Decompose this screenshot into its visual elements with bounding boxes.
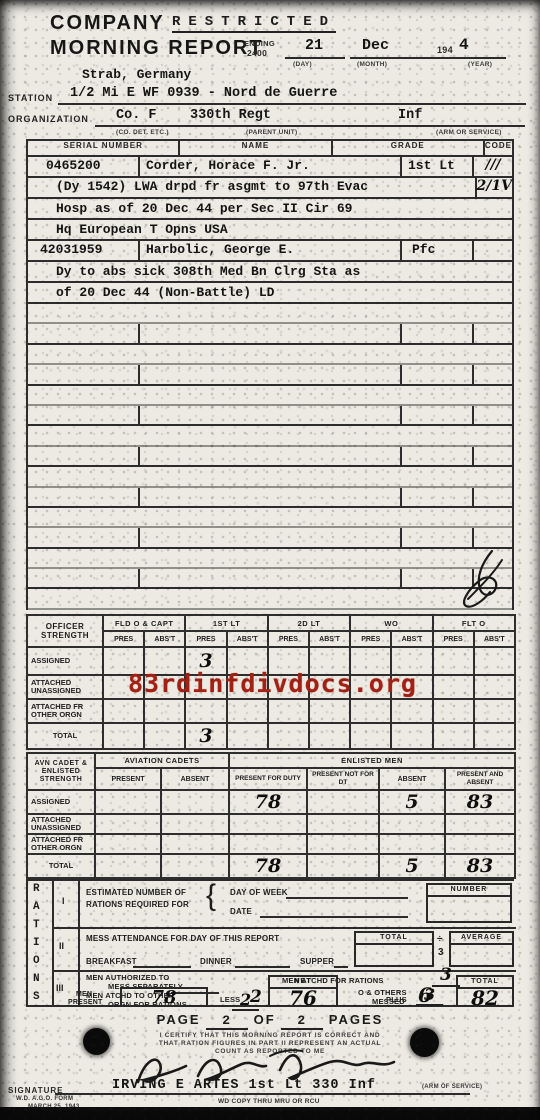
abst-header: ABS'T [391, 631, 432, 647]
restricted-stamp: RESTRICTED [172, 14, 336, 33]
enlisted-corner: AVN CADET & ENLISTED STRENGTH [27, 753, 95, 790]
station-value: 1/2 Mi E WF 0939 - Nord de Guerre [70, 86, 337, 101]
rations-rail-letter: T [33, 919, 40, 931]
pres-header: PRES [350, 631, 391, 647]
remark-line: Hosp as of 20 Dec 44 per Sec II Cir 69 [28, 200, 512, 218]
org-parent-caption: (PARENT UNIT) [246, 129, 297, 136]
scan-bottom-edge [0, 1107, 540, 1120]
roster-empty-row [28, 324, 512, 344]
roster-empty-row [28, 386, 512, 406]
rations-rail-letter: S [33, 991, 40, 1003]
cadet-present-header: PRESENT [95, 768, 161, 790]
code-handwritten: 2/1V [477, 178, 512, 197]
men-present-label-1: MEN [76, 991, 92, 998]
roster-row: 0465200 Corder, Horace F. Jr. 1st Lt /// [28, 157, 512, 178]
rule [55, 1093, 470, 1095]
form-number: W.D. A.G.O. FORM [16, 1096, 73, 1102]
pages-label: PAGES [329, 1012, 384, 1027]
rations-total-box: TOTAL 82 [456, 975, 514, 1007]
roster-row: (Dy 1542) LWA drpd fr asgmt to 97th Evac… [28, 178, 512, 199]
brace: { [206, 879, 216, 913]
col-name: NAME [180, 141, 332, 155]
pages-number: 2 [281, 1013, 323, 1030]
roster-empty-row [28, 345, 512, 365]
group-flt-o: FLT O [433, 615, 515, 631]
org-arm: Inf [398, 108, 422, 123]
enlisted-total-for-duty: 78 [229, 854, 307, 878]
site-watermark: 83rdinfdivdocs.org [128, 669, 417, 698]
enlisted-assigned-for-duty: 78 [229, 790, 307, 814]
less-label: LESS [220, 995, 240, 1004]
rations-rail-letter: A [33, 901, 40, 913]
men-present-value: 78 [122, 989, 206, 1007]
roster-empty-row [28, 589, 512, 609]
rule [52, 881, 54, 1005]
roster-empty-row [28, 304, 512, 324]
col-grade: GRADE [333, 141, 485, 155]
rule [452, 57, 506, 59]
certify-line-1: I CERTIFY THAT THIS MORNING REPORT IS CO… [0, 1032, 540, 1039]
enlisted-total-pres-abs: 83 [445, 854, 515, 878]
arm-of-service-caption: (ARM OF SERVICE) [422, 1084, 482, 1090]
dinner-label: DINNER [200, 957, 232, 966]
mess-total-box: TOTAL [354, 931, 434, 967]
blank-line [133, 957, 191, 968]
enlisted-assigned-pres-abs: 83 [445, 790, 515, 814]
ending-time: 2400 [247, 48, 267, 58]
abst-header: ABS'T [144, 631, 185, 647]
blank-line [235, 957, 290, 968]
abst-header: ABS'T [474, 631, 515, 647]
col-serial-number: SERIAL NUMBER [28, 141, 180, 155]
serial-number: 42031959 [28, 241, 140, 260]
remark-line: of 20 Dec 44 (Non-Battle) LD [28, 284, 512, 302]
station-label: STATION [8, 93, 53, 103]
absent-header: ABSENT [379, 768, 445, 790]
organization-label: ORGANIZATION [8, 114, 89, 124]
roster-row: of 20 Dec 44 (Non-Battle) LD [28, 283, 512, 304]
wd-copy-note: WD COPY THRU MRU OR RCU [218, 1098, 320, 1105]
row-assigned: ASSIGNED [27, 790, 95, 814]
enlisted-men-header: ENLISTED MEN [229, 753, 515, 768]
group-wo: WO [350, 615, 432, 631]
ending-label: ENDING [244, 39, 275, 48]
divide-sign: ÷ [437, 934, 443, 945]
group-fld-o-capt: FLD O & CAPT [103, 615, 185, 631]
day-caption: (DAY) [293, 61, 312, 68]
number-label: NUMBER [428, 885, 510, 897]
code-handwritten: /// [474, 157, 512, 176]
present-and-absent-header: PRESENT AND ABSENT [445, 768, 515, 790]
year-prefix: 194 [437, 45, 453, 55]
present-for-duty-header: PRESENT FOR DUTY [229, 768, 307, 790]
roster-row: 42031959 Harbolic, George E. Pfc [28, 241, 512, 262]
row-attached-unassigned: ATTACHED UNASSIGNED [27, 814, 95, 834]
group-2d-lt: 2D LT [268, 615, 350, 631]
day-of-week-label: DAY OF WEEK [230, 888, 288, 897]
supper-label: SUPPER [300, 957, 334, 966]
enlisted-strength-table: AVN CADET & ENLISTED STRENGTH AVIATION C… [26, 752, 516, 879]
enlisted-assigned-absent: 5 [379, 790, 445, 814]
rations-rail-letter: O [33, 955, 40, 967]
men-authorized-label: MEN AUTHORIZED TO [86, 973, 169, 982]
rations-rail-letter: N [33, 973, 40, 985]
roster-empty-row [28, 406, 512, 426]
pres-header: PRES [433, 631, 474, 647]
estimated-label-1: ESTIMATED NUMBER OF [86, 888, 186, 897]
signature-handwriting [120, 1042, 430, 1092]
org-parent-unit: 330th Regt [190, 108, 271, 123]
remark-line: Dy to abs sick 308th Med Bn Clrg Sta as [28, 263, 512, 281]
number-box: NUMBER [426, 883, 512, 923]
morning-report-document: COMPANY RESTRICTED MORNING REPORT ENDING… [0, 0, 540, 1120]
total-label: TOTAL [356, 933, 432, 945]
row-attached-fr-other: ATTACHED FR OTHER ORGN [27, 834, 95, 854]
breakfast-label: BREAKFAST [86, 957, 137, 966]
average-box: AVERAGE [449, 931, 514, 967]
roster-row: Hosp as of 20 Dec 44 per Sec II Cir 69 [28, 199, 512, 220]
roster-empty-row [28, 467, 512, 487]
roster-empty-row [28, 365, 512, 385]
present-not-for-duty-header: PRESENT NOT FOR DT [307, 768, 379, 790]
group-1st-lt: 1ST LT [185, 615, 267, 631]
roster-table: SERIAL NUMBER NAME GRADE CODE 0465200 Co… [26, 139, 514, 610]
net-value: 76 [270, 989, 336, 1007]
rations-rail-letter: R [33, 883, 40, 895]
row-attached-fr-other: ATTACHED FR OTHER ORGN [27, 699, 103, 723]
row-total: TOTAL [27, 723, 103, 749]
plus-label: PLUS [386, 995, 407, 1004]
rule [260, 916, 408, 918]
report-day: 21 [305, 37, 323, 54]
soldier-name: Harbolic, George E. [140, 241, 402, 260]
estimated-label-2: RATIONS REQUIRED FOR [86, 900, 189, 909]
rule [58, 103, 526, 105]
company-title: COMPANY [50, 12, 165, 35]
grade: Pfc [402, 241, 474, 260]
divisor: 3 [438, 947, 444, 958]
section-ii: II [59, 941, 64, 951]
rations-total-value: 82 [458, 989, 512, 1007]
roster-empty-row [28, 549, 512, 569]
row-assigned: ASSIGNED [27, 647, 103, 675]
section-iii: III [56, 983, 64, 993]
year-digit: 4 [459, 36, 469, 54]
rule [285, 57, 345, 59]
org-unit-caption: (CO. DET. ETC.) [116, 129, 169, 136]
rule [95, 125, 525, 127]
officers-total-1stlt-present: 3 [185, 723, 226, 749]
men-present-label-2: PRESENT [68, 999, 102, 1006]
roster-row: Dy to abs sick 308th Med Bn Clrg Sta as [28, 262, 512, 283]
handwritten-mark [448, 545, 520, 613]
rations-rail-letter: I [33, 937, 40, 949]
remark-line: (Dy 1542) LWA drpd fr asgmt to 97th Evac [28, 178, 475, 196]
men-present-box: 78 [120, 987, 208, 1007]
aviation-cadets-header: AVIATION CADETS [95, 753, 229, 768]
average-label: AVERAGE [451, 933, 512, 945]
serial-number: 0465200 [28, 157, 140, 176]
roster-empty-row [28, 488, 512, 508]
punch-hole [83, 1028, 110, 1055]
roster-row: Hq European T Opns USA [28, 220, 512, 241]
page-number: 2 [206, 1013, 248, 1030]
row-attached-unassigned: ATTACHED UNASSIGNED [27, 675, 103, 699]
roster-empty-row [28, 508, 512, 528]
roster-header-row: SERIAL NUMBER NAME GRADE CODE [28, 141, 512, 157]
org-unit: Co. F [116, 108, 157, 123]
rule [52, 927, 516, 929]
org-arm-caption: (ARM OR SERVICE) [436, 129, 502, 136]
abst-header: ABS'T [309, 631, 350, 647]
roster-empty-row [28, 528, 512, 548]
blank-line [334, 957, 348, 968]
pres-header: PRES [103, 631, 144, 647]
plus-value: 6 [418, 983, 432, 1007]
year-caption: (YEAR) [468, 61, 492, 68]
net-box: NET 76 [268, 975, 338, 1007]
col-code: CODE [485, 141, 512, 155]
station-city: Strab, Germany [82, 67, 191, 82]
remark-line: Hq European T Opns USA [28, 221, 512, 239]
abst-header: ABS'T [227, 631, 268, 647]
month-caption: (MONTH) [357, 61, 387, 68]
soldier-name: Corder, Horace F. Jr. [140, 157, 402, 176]
of-label: OF [254, 1012, 276, 1027]
enlisted-total-absent: 5 [379, 854, 445, 878]
date-label: DATE [230, 907, 252, 916]
morning-report-title: MORNING REPORT [50, 37, 264, 60]
section-i: I [62, 896, 65, 906]
report-month: Dec [362, 37, 389, 54]
page-label: PAGE [157, 1012, 201, 1027]
mess-attendance-label: MESS ATTENDANCE FOR DAY OF THIS REPORT [86, 934, 279, 943]
pres-header: PRES [268, 631, 309, 647]
less-value: 2 [250, 987, 262, 1007]
row-total: TOTAL [27, 854, 95, 878]
page-line: PAGE 2 OF 2 PAGES [0, 1012, 540, 1030]
pres-header: PRES [185, 631, 226, 647]
rule [286, 897, 408, 899]
roster-empty-row [28, 447, 512, 467]
officer-strength-corner: OFFICER STRENGTH [27, 615, 103, 647]
cadet-absent-header: ABSENT [161, 768, 229, 790]
grade: 1st Lt [402, 157, 474, 176]
rule [78, 881, 80, 1005]
roster-empty-row [28, 426, 512, 446]
roster-cell [474, 241, 512, 260]
rations-section: R A T I O N S I II III ESTIMATED NUMBER … [26, 879, 514, 1007]
roster-empty-row [28, 569, 512, 589]
